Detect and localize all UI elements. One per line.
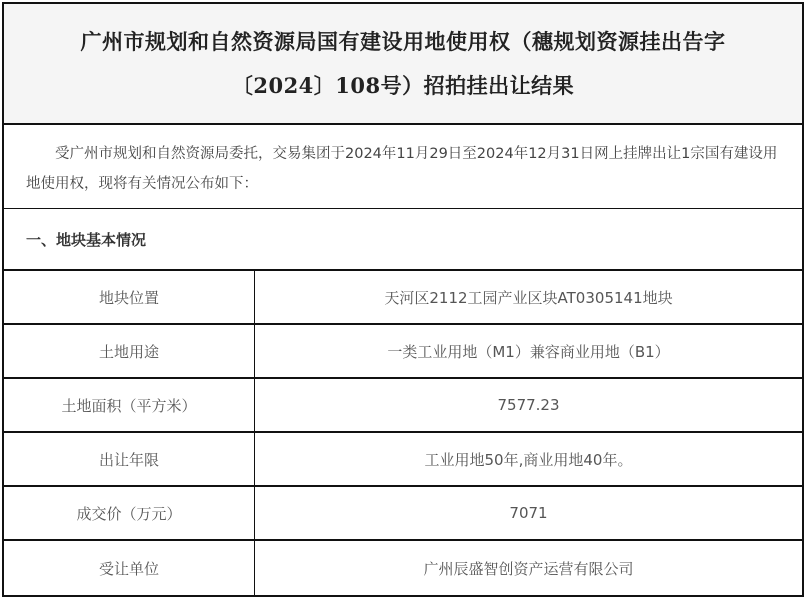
row-value-transferee: 广州辰盛智创资产运营有限公司 [255, 540, 803, 587]
table-row: 土地用途 一类工业用地（M1）兼容商业用地（B1） [4, 324, 802, 378]
table-row: 出让年限 工业用地50年,商业用地40年。 [4, 432, 802, 486]
table-row: 成交价（万元） 7071 [4, 486, 802, 540]
row-value-term: 工业用地50年,商业用地40年。 [255, 432, 803, 486]
row-value-area: 7577.23 [255, 378, 803, 432]
section-heading: 一、地块基本情况 [4, 209, 802, 271]
page-title-line-2: 〔2024〕108号）招拍挂出让结果 [232, 64, 574, 108]
row-label-location: 地块位置 [4, 271, 255, 324]
land-info-table: 地块位置 天河区2112工园产业区块AT0305141地块 土地用途 一类工业用… [4, 271, 802, 587]
table-row: 受让单位 广州辰盛智创资产运营有限公司 [4, 540, 802, 587]
row-label-land-use: 土地用途 [4, 324, 255, 378]
row-value-price: 7071 [255, 486, 803, 540]
intro-paragraph: 受广州市规划和自然资源局委托，交易集团于2024年11月29日至2024年12月… [26, 139, 782, 199]
page-title-line-1: 广州市规划和自然资源局国有建设用地使用权（穗规划资源挂出告字 [81, 20, 726, 64]
table-row: 地块位置 天河区2112工园产业区块AT0305141地块 [4, 271, 802, 324]
row-label-transferee: 受让单位 [4, 540, 255, 587]
row-label-term: 出让年限 [4, 432, 255, 486]
announcement-document: 广州市规划和自然资源局国有建设用地使用权（穗规划资源挂出告字 〔2024〕108… [2, 2, 804, 587]
row-value-location: 天河区2112工园产业区块AT0305141地块 [255, 271, 803, 324]
row-label-price: 成交价（万元） [4, 486, 255, 540]
title-box: 广州市规划和自然资源局国有建设用地使用权（穗规划资源挂出告字 〔2024〕108… [4, 4, 802, 125]
intro-block: 受广州市规划和自然资源局委托，交易集团于2024年11月29日至2024年12月… [4, 125, 802, 209]
row-value-land-use: 一类工业用地（M1）兼容商业用地（B1） [255, 324, 803, 378]
table-row: 土地面积（平方米） 7577.23 [4, 378, 802, 432]
row-label-area: 土地面积（平方米） [4, 378, 255, 432]
